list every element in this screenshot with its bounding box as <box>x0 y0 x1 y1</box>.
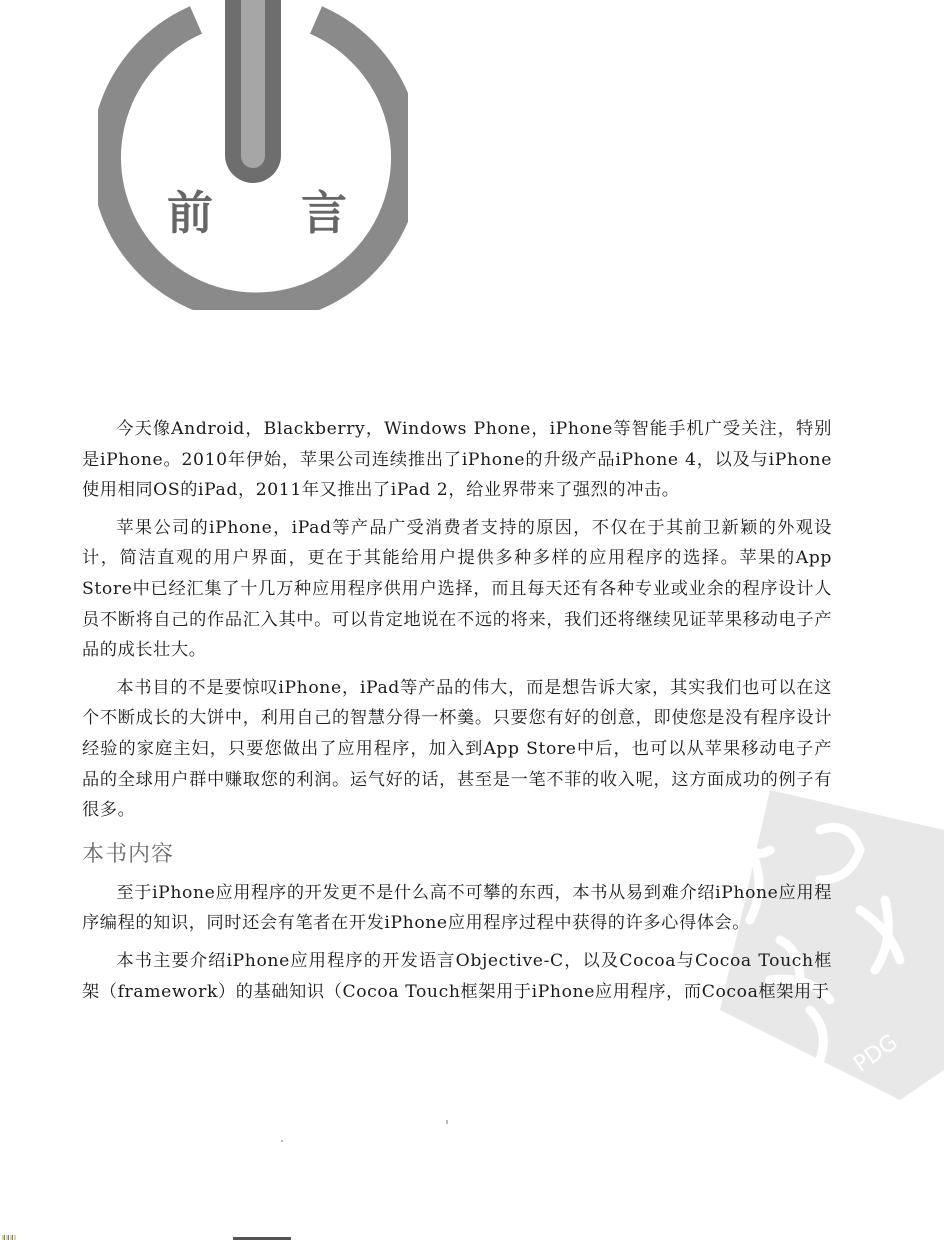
chapter-title: 前 言 <box>167 183 347 243</box>
paragraph: 今天像Android，Blackberry，Windows Phone，iPho… <box>82 414 832 506</box>
scan-artifact <box>2 1235 16 1240</box>
section-heading: 本书内容 <box>82 838 832 872</box>
chapter-title-char-2: 言 <box>301 183 347 243</box>
book-page: 前 言 PDG 今天像Android，Blackberry，Windows Ph… <box>0 0 944 1240</box>
scan-speck <box>281 1140 283 1142</box>
power-button-icon <box>98 0 408 310</box>
paragraph: 苹果公司的iPhone，iPad等产品广受消费者支持的原因，不仅在于其前卫新颖的… <box>82 513 832 666</box>
scan-speck <box>446 1120 448 1124</box>
paragraph: 本书主要介绍iPhone应用程序的开发语言Objective-C，以及Cocoa… <box>82 946 832 1007</box>
paragraph: 至于iPhone应用程序的开发更不是什么高不可攀的东西，本书从易到难介绍iPho… <box>82 878 832 939</box>
paragraph: 本书目的不是要惊叹iPhone，iPad等产品的伟大，而是想告诉大家，其实我们也… <box>82 673 832 826</box>
preface-body: 今天像Android，Blackberry，Windows Phone，iPho… <box>82 414 832 1007</box>
watermark-text: PDG <box>849 1030 902 1078</box>
chapter-title-char-1: 前 <box>167 183 213 243</box>
